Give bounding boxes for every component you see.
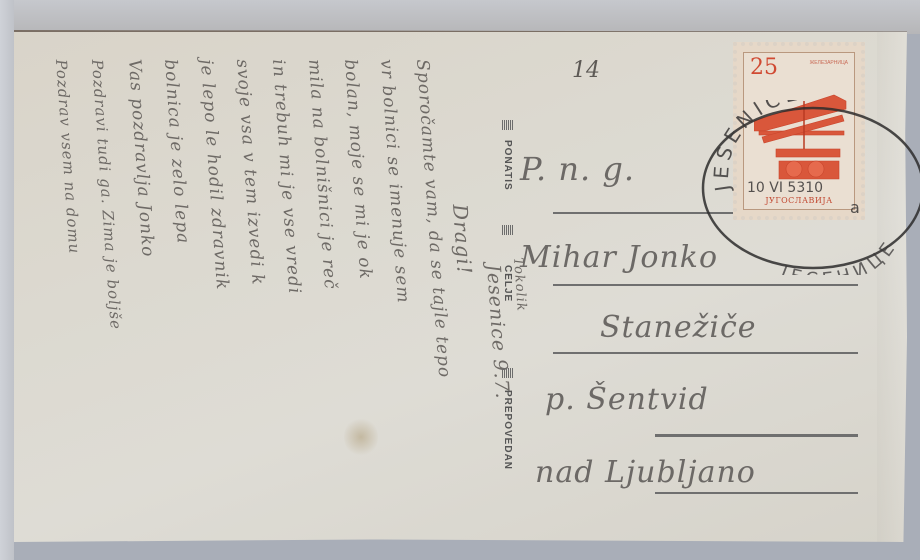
imprint-ornament [502,225,514,235]
corner-annotation: 14 [572,58,600,83]
postmark-bottom-arc: ЈЕСЕНИЦЕ [777,235,902,275]
stain-mark [344,417,378,457]
scan-background-top [0,0,920,34]
address-post: p. Šentvid [545,382,709,417]
address-rule [655,492,858,494]
address-town: nad Ljubljano [535,455,756,490]
message-greeting: Dragi! [448,203,477,275]
address-rule [553,352,858,354]
postmark-letter: a [850,198,860,217]
postmark-icon: JESENICE 10 VI 5310 a ЈЕСЕНИЦЕ [695,100,920,275]
address-name: Mihar Jonko [520,240,718,275]
svg-text:ЈЕСЕНИЦЕ: ЈЕСЕНИЦЕ [777,235,902,275]
address-rule [553,284,858,286]
stamp-value: 25 [750,55,778,80]
imprint-prepovedan: PREPOVEDAN [502,390,513,470]
scan-background-left [0,0,14,560]
stamp-caption: ЖЕЛЕЗАРНИЦА [810,60,848,66]
address-rule-double [655,434,858,437]
address-salutation: P. n. g. [520,150,635,188]
imprint-ornament [502,120,514,130]
imprint-ponatis: PONATIS [502,140,513,191]
imprint-ornament [502,368,514,378]
address-street: Stanežiče [600,310,757,345]
postmark-date: 10 VI 5310 [747,180,823,196]
